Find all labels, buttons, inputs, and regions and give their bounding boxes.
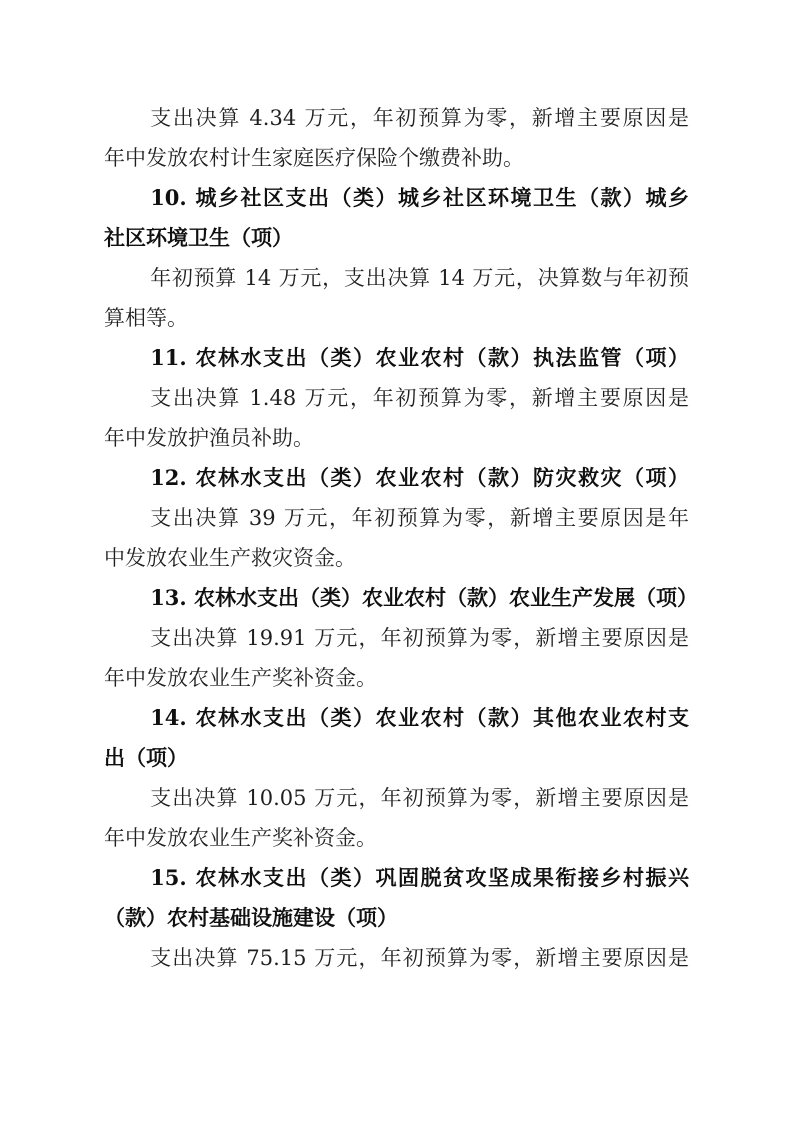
body-paragraph: 年初预算 14 万元，支出决算 14 万元，决算数与年初预算相等。 — [104, 258, 689, 338]
text-line: 支出决算 19.91 万元，年初预算为零，新增主要原因是 — [104, 618, 689, 658]
text-line: 支出决算 1.48 万元，年初预算为零，新增主要原因是 — [104, 378, 689, 418]
text-line: 中发放农业生产救灾资金。 — [104, 538, 689, 578]
text-line: 支出决算 10.05 万元，年初预算为零，新增主要原因是 — [104, 778, 689, 818]
text-line: 年初预算 14 万元，支出决算 14 万元，决算数与年初预 — [104, 258, 689, 298]
body-paragraph: 支出决算 39 万元，年初预算为零，新增主要原因是年中发放农业生产救灾资金。 — [104, 498, 689, 578]
section-heading: 15. 农林水支出（类）巩固脱贫攻坚成果衔接乡村振兴（款）农村基础设施建设（项） — [104, 858, 689, 938]
text-line: 支出决算 4.34 万元，年初预算为零，新增主要原因是 — [104, 98, 689, 138]
body-paragraph: 支出决算 1.48 万元，年初预算为零，新增主要原因是年中发放护渔员补助。 — [104, 378, 689, 458]
text-line: （款）农村基础设施建设（项） — [104, 898, 689, 938]
document-text-block: 支出决算 4.34 万元，年初预算为零，新增主要原因是年中发放农村计生家庭医疗保… — [104, 98, 689, 978]
text-line: 社区环境卫生（项） — [104, 218, 689, 258]
section-heading: 14. 农林水支出（类）农业农村（款）其他农业农村支出（项） — [104, 698, 689, 778]
text-line: 10. 城乡社区支出（类）城乡社区环境卫生（款）城乡 — [104, 178, 689, 218]
text-line: 支出决算 39 万元，年初预算为零，新增主要原因是年 — [104, 498, 689, 538]
text-line: 年中发放护渔员补助。 — [104, 418, 689, 458]
text-line: 11. 农林水支出（类）农业农村（款）执法监管（项） — [104, 338, 689, 378]
section-heading: 12. 农林水支出（类）农业农村（款）防灾救灾（项） — [104, 458, 689, 498]
body-paragraph: 支出决算 75.15 万元，年初预算为零，新增主要原因是 — [104, 938, 689, 978]
document-page: 支出决算 4.34 万元，年初预算为零，新增主要原因是年中发放农村计生家庭医疗保… — [0, 0, 793, 1122]
text-line: 12. 农林水支出（类）农业农村（款）防灾救灾（项） — [104, 458, 689, 498]
text-line: 年中发放农业生产奖补资金。 — [104, 658, 689, 698]
text-line: 支出决算 75.15 万元，年初预算为零，新增主要原因是 — [104, 938, 689, 978]
text-line: 13. 农林水支出（类）农业农村（款）农业生产发展（项） — [104, 578, 689, 618]
body-paragraph: 支出决算 10.05 万元，年初预算为零，新增主要原因是年中发放农业生产奖补资金… — [104, 778, 689, 858]
text-line: 14. 农林水支出（类）农业农村（款）其他农业农村支 — [104, 698, 689, 738]
text-line: 出（项） — [104, 738, 689, 778]
body-paragraph: 支出决算 4.34 万元，年初预算为零，新增主要原因是年中发放农村计生家庭医疗保… — [104, 98, 689, 178]
text-line: 年中发放农村计生家庭医疗保险个缴费补助。 — [104, 138, 689, 178]
text-line: 算相等。 — [104, 298, 689, 338]
section-heading: 11. 农林水支出（类）农业农村（款）执法监管（项） — [104, 338, 689, 378]
body-paragraph: 支出决算 19.91 万元，年初预算为零，新增主要原因是年中发放农业生产奖补资金… — [104, 618, 689, 698]
section-heading: 10. 城乡社区支出（类）城乡社区环境卫生（款）城乡社区环境卫生（项） — [104, 178, 689, 258]
text-line: 年中发放农业生产奖补资金。 — [104, 818, 689, 858]
text-line: 15. 农林水支出（类）巩固脱贫攻坚成果衔接乡村振兴 — [104, 858, 689, 898]
section-heading: 13. 农林水支出（类）农业农村（款）农业生产发展（项） — [104, 578, 689, 618]
